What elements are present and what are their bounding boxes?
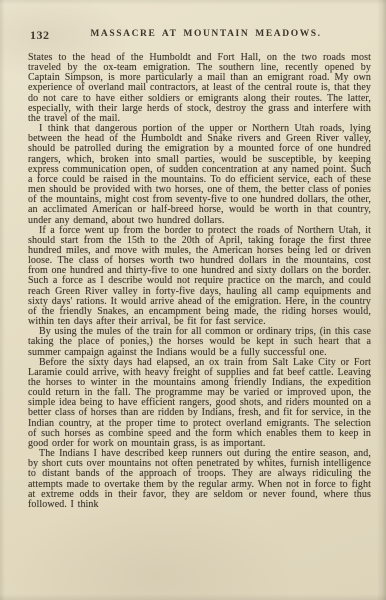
page-number: 132 <box>30 28 50 43</box>
page-body: States to the head of the Humboldt and F… <box>28 53 371 510</box>
paragraph: If a force went up from the border to pr… <box>28 226 371 328</box>
paragraph: By using the mules of the train for all … <box>28 327 371 357</box>
paragraph: The Indians I have described keep runner… <box>28 449 371 510</box>
paragraph: States to the head of the Humboldt and F… <box>28 53 371 124</box>
running-head: MASSACRE AT MOUNTAIN MEADOWS. <box>28 29 370 39</box>
book-page: 132 MASSACRE AT MOUNTAIN MEADOWS. States… <box>0 0 386 600</box>
page-header: 132 MASSACRE AT MOUNTAIN MEADOWS. <box>28 0 370 42</box>
paragraph: I think that dangerous portion of the up… <box>28 124 371 226</box>
paragraph: Before the sixty days had elapsed, an ox… <box>28 358 371 449</box>
